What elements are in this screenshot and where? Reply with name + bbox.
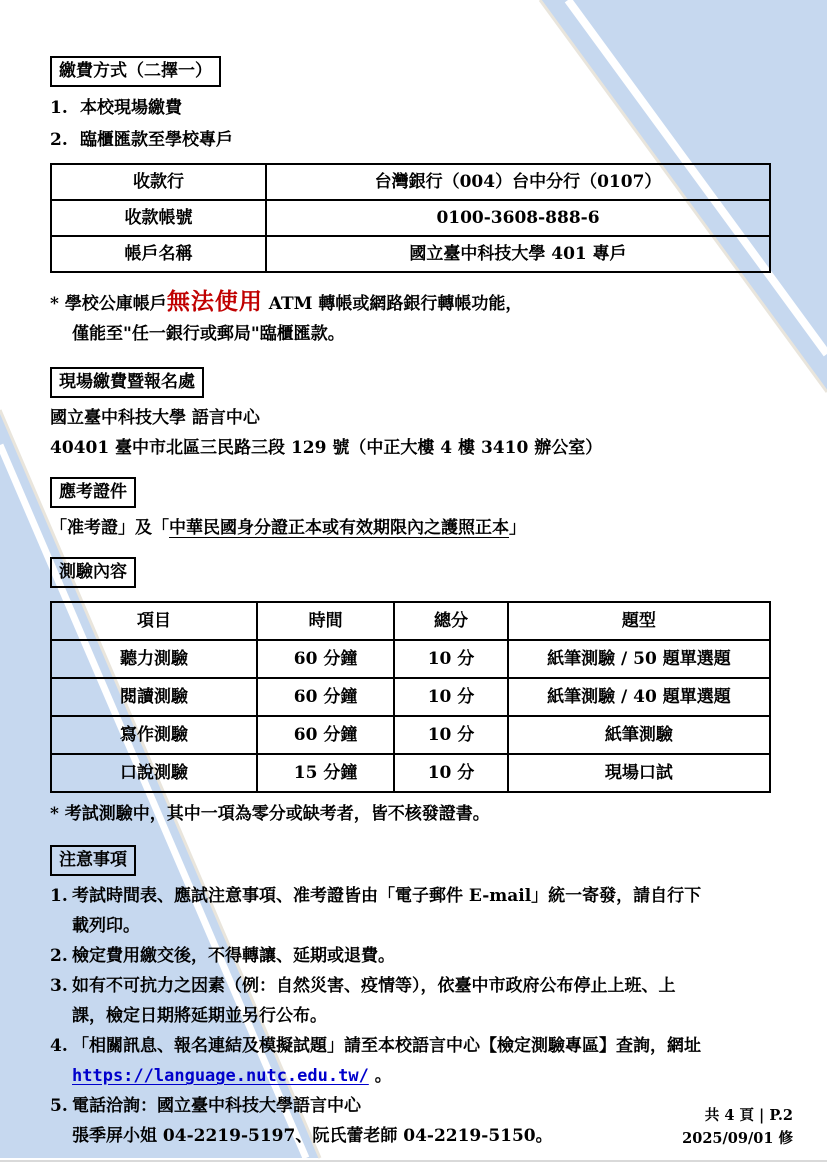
onsite-line1: 國立臺中科技大學 語言中心 <box>50 403 784 433</box>
cell-type: 紙筆測驗 <box>508 716 770 754</box>
documents-line: 「准考證」及「中華民國身分證正本或有效期限內之護照正本」 <box>50 513 784 543</box>
item-number: 3. <box>50 971 72 1001</box>
bank-row-label: 收款行 <box>51 164 266 200</box>
item-body: 檢定費用繳交後，不得轉讓、延期或退費。 <box>72 941 784 971</box>
note-suffix: ATM 轉帳或網路銀行轉帳功能， <box>263 294 523 314</box>
cell-score: 10 分 <box>394 678 508 716</box>
col-header: 時間 <box>257 602 394 640</box>
item-body: 「相關訊息、報名連結及模擬試題」請至本校語言中心【檢定測驗專區】查詢，網址 ht… <box>72 1031 784 1091</box>
item-line1: 「相關訊息、報名連結及模擬試題」請至本校語言中心【檢定測驗專區】查詢，網址 <box>72 1036 701 1056</box>
col-header: 總分 <box>394 602 508 640</box>
table-row: 收款帳號 0100-3608-888-6 <box>51 200 770 236</box>
bank-row-value: 國立臺中科技大學 401 專戶 <box>266 236 770 272</box>
bank-account-table: 收款行 台灣銀行（004）台中分行（0107） 收款帳號 0100-3608-8… <box>50 163 771 273</box>
cell-time: 15 分鐘 <box>257 754 394 792</box>
after-link-text: 。 <box>375 1066 392 1086</box>
documents-suffix: 」 <box>509 518 526 538</box>
note-prefix: * 學校公庫帳戶 <box>50 294 167 314</box>
section-test-content: 測驗內容 項目 時間 總分 題型 聽力測驗 60 分鐘 10 分 紙筆測驗 / … <box>50 557 784 829</box>
item-line2: 載列印。 <box>72 916 140 936</box>
document-page: 繳費方式（二擇一） 1. 本校現場繳費 2. 臨櫃匯款至學校專戶 收款行 台灣銀… <box>0 0 827 1170</box>
table-row: 寫作測驗 60 分鐘 10 分 紙筆測驗 <box>51 716 770 754</box>
payment-option-1: 1. 本校現場繳費 <box>50 92 784 124</box>
bank-row-value: 0100-3608-888-6 <box>266 200 770 236</box>
section-notes: 注意事項 1. 考試時間表、應試注意事項、准考證皆由「電子郵件 E-mail」統… <box>50 845 784 1151</box>
page-number: 共 4 頁 | P.2 <box>682 1104 793 1127</box>
cell-time: 60 分鐘 <box>257 640 394 678</box>
documents-underlined: 中華民國身分證正本或有效期限內之護照正本 <box>169 518 509 538</box>
table-row: 閱讀測驗 60 分鐘 10 分 紙筆測驗 / 40 題單選題 <box>51 678 770 716</box>
cell-type: 現場口試 <box>508 754 770 792</box>
option-number: 1. <box>50 92 80 124</box>
option-text: 本校現場繳費 <box>80 92 182 124</box>
bank-row-label: 收款帳號 <box>51 200 266 236</box>
col-header: 題型 <box>508 602 770 640</box>
section-title-notes: 注意事項 <box>50 845 136 876</box>
bank-row-value: 台灣銀行（004）台中分行（0107） <box>266 164 770 200</box>
item-number: 5. <box>50 1091 72 1121</box>
option-number: 2. <box>50 124 80 156</box>
section-onsite: 現場繳費暨報名處 國立臺中科技大學 語言中心 40401 臺中市北區三民路三段 … <box>50 367 784 463</box>
document-content: 繳費方式（二擇一） 1. 本校現場繳費 2. 臨櫃匯款至學校專戶 收款行 台灣銀… <box>50 56 784 1151</box>
table-row: 帳戶名稱 國立臺中科技大學 401 專戶 <box>51 236 770 272</box>
item-number: 1. <box>50 881 72 911</box>
revision-date: 2025/09/01 修 <box>682 1127 793 1150</box>
item-body: 考試時間表、應試注意事項、准考證皆由「電子郵件 E-mail」統一寄發，請自行下… <box>72 881 784 941</box>
cell-time: 60 分鐘 <box>257 716 394 754</box>
test-content-table: 項目 時間 總分 題型 聽力測驗 60 分鐘 10 分 紙筆測驗 / 50 題單… <box>50 601 771 793</box>
section-title-onsite: 現場繳費暨報名處 <box>50 367 204 398</box>
section-title-payment: 繳費方式（二擇一） <box>50 56 221 87</box>
item-number: 2. <box>50 941 72 971</box>
item-line2: 張季屏小姐 04-2219-5197、阮氏蕾老師 04-2219-5150。 <box>72 1126 553 1146</box>
note-item-1: 1. 考試時間表、應試注意事項、准考證皆由「電子郵件 E-mail」統一寄發，請… <box>50 881 784 941</box>
cell-type: 紙筆測驗 / 50 題單選題 <box>508 640 770 678</box>
cell-score: 10 分 <box>394 640 508 678</box>
section-title-test: 測驗內容 <box>50 557 136 588</box>
note-item-3: 3. 如有不可抗力之因素（例：自然災害、疫情等），依臺中市政府公布停止上班、上 … <box>50 971 784 1031</box>
page-footer: 共 4 頁 | P.2 2025/09/01 修 <box>682 1104 793 1150</box>
note-highlight-red: 無法使用 <box>167 288 263 315</box>
cell-score: 10 分 <box>394 754 508 792</box>
item-body: 如有不可抗力之因素（例：自然災害、疫情等），依臺中市政府公布停止上班、上 課，檢… <box>72 971 784 1031</box>
item-body: 電話洽詢：國立臺中科技大學語言中心 張季屏小姐 04-2219-5197、阮氏蕾… <box>72 1091 784 1151</box>
option-text: 臨櫃匯款至學校專戶 <box>80 124 233 156</box>
onsite-line2: 40401 臺中市北區三民路三段 129 號（中正大樓 4 樓 3410 辦公室… <box>50 433 784 463</box>
item-line1: 檢定費用繳交後，不得轉讓、延期或退費。 <box>72 946 395 966</box>
documents-prefix: 「准考證」及「 <box>50 518 169 538</box>
col-header: 項目 <box>51 602 257 640</box>
cell-item: 聽力測驗 <box>51 640 257 678</box>
note-item-2: 2. 檢定費用繳交後，不得轉讓、延期或退費。 <box>50 941 784 971</box>
cell-item: 閱讀測驗 <box>51 678 257 716</box>
table-row: 口說測驗 15 分鐘 10 分 現場口試 <box>51 754 770 792</box>
bank-row-label: 帳戶名稱 <box>51 236 266 272</box>
note-item-4: 4. 「相關訊息、報名連結及模擬試題」請至本校語言中心【檢定測驗專區】查詢，網址… <box>50 1031 784 1091</box>
cell-time: 60 分鐘 <box>257 678 394 716</box>
item-line1: 如有不可抗力之因素（例：自然災害、疫情等），依臺中市政府公布停止上班、上 <box>72 976 676 996</box>
item-line2: 課，檢定日期將延期並另行公布。 <box>72 1006 327 1026</box>
cell-score: 10 分 <box>394 716 508 754</box>
section-documents: 應考證件 「准考證」及「中華民國身分證正本或有效期限內之護照正本」 <box>50 477 784 543</box>
test-note: * 考試測驗中，其中一項為零分或缺考者，皆不核發證書。 <box>50 799 784 829</box>
cell-item: 寫作測驗 <box>51 716 257 754</box>
table-header-row: 項目 時間 總分 題型 <box>51 602 770 640</box>
cell-item: 口說測驗 <box>51 754 257 792</box>
section-title-documents: 應考證件 <box>50 477 136 508</box>
item-number: 4. <box>50 1031 72 1061</box>
cell-type: 紙筆測驗 / 40 題單選題 <box>508 678 770 716</box>
note-line2: 僅能至"任一銀行或郵局"臨櫃匯款。 <box>50 319 784 349</box>
item-line1: 考試時間表、應試注意事項、准考證皆由「電子郵件 E-mail」統一寄發，請自行下 <box>72 886 701 906</box>
table-row: 收款行 台灣銀行（004）台中分行（0107） <box>51 164 770 200</box>
payment-note: * 學校公庫帳戶無法使用 ATM 轉帳或網路銀行轉帳功能， 僅能至"任一銀行或郵… <box>50 287 784 349</box>
payment-option-2: 2. 臨櫃匯款至學校專戶 <box>50 124 784 156</box>
language-center-link[interactable]: https://language.nutc.edu.tw/ <box>72 1066 369 1086</box>
note-item-5: 5. 電話洽詢：國立臺中科技大學語言中心 張季屏小姐 04-2219-5197、… <box>50 1091 784 1151</box>
item-line1: 電話洽詢：國立臺中科技大學語言中心 <box>72 1096 361 1116</box>
table-row: 聽力測驗 60 分鐘 10 分 紙筆測驗 / 50 題單選題 <box>51 640 770 678</box>
